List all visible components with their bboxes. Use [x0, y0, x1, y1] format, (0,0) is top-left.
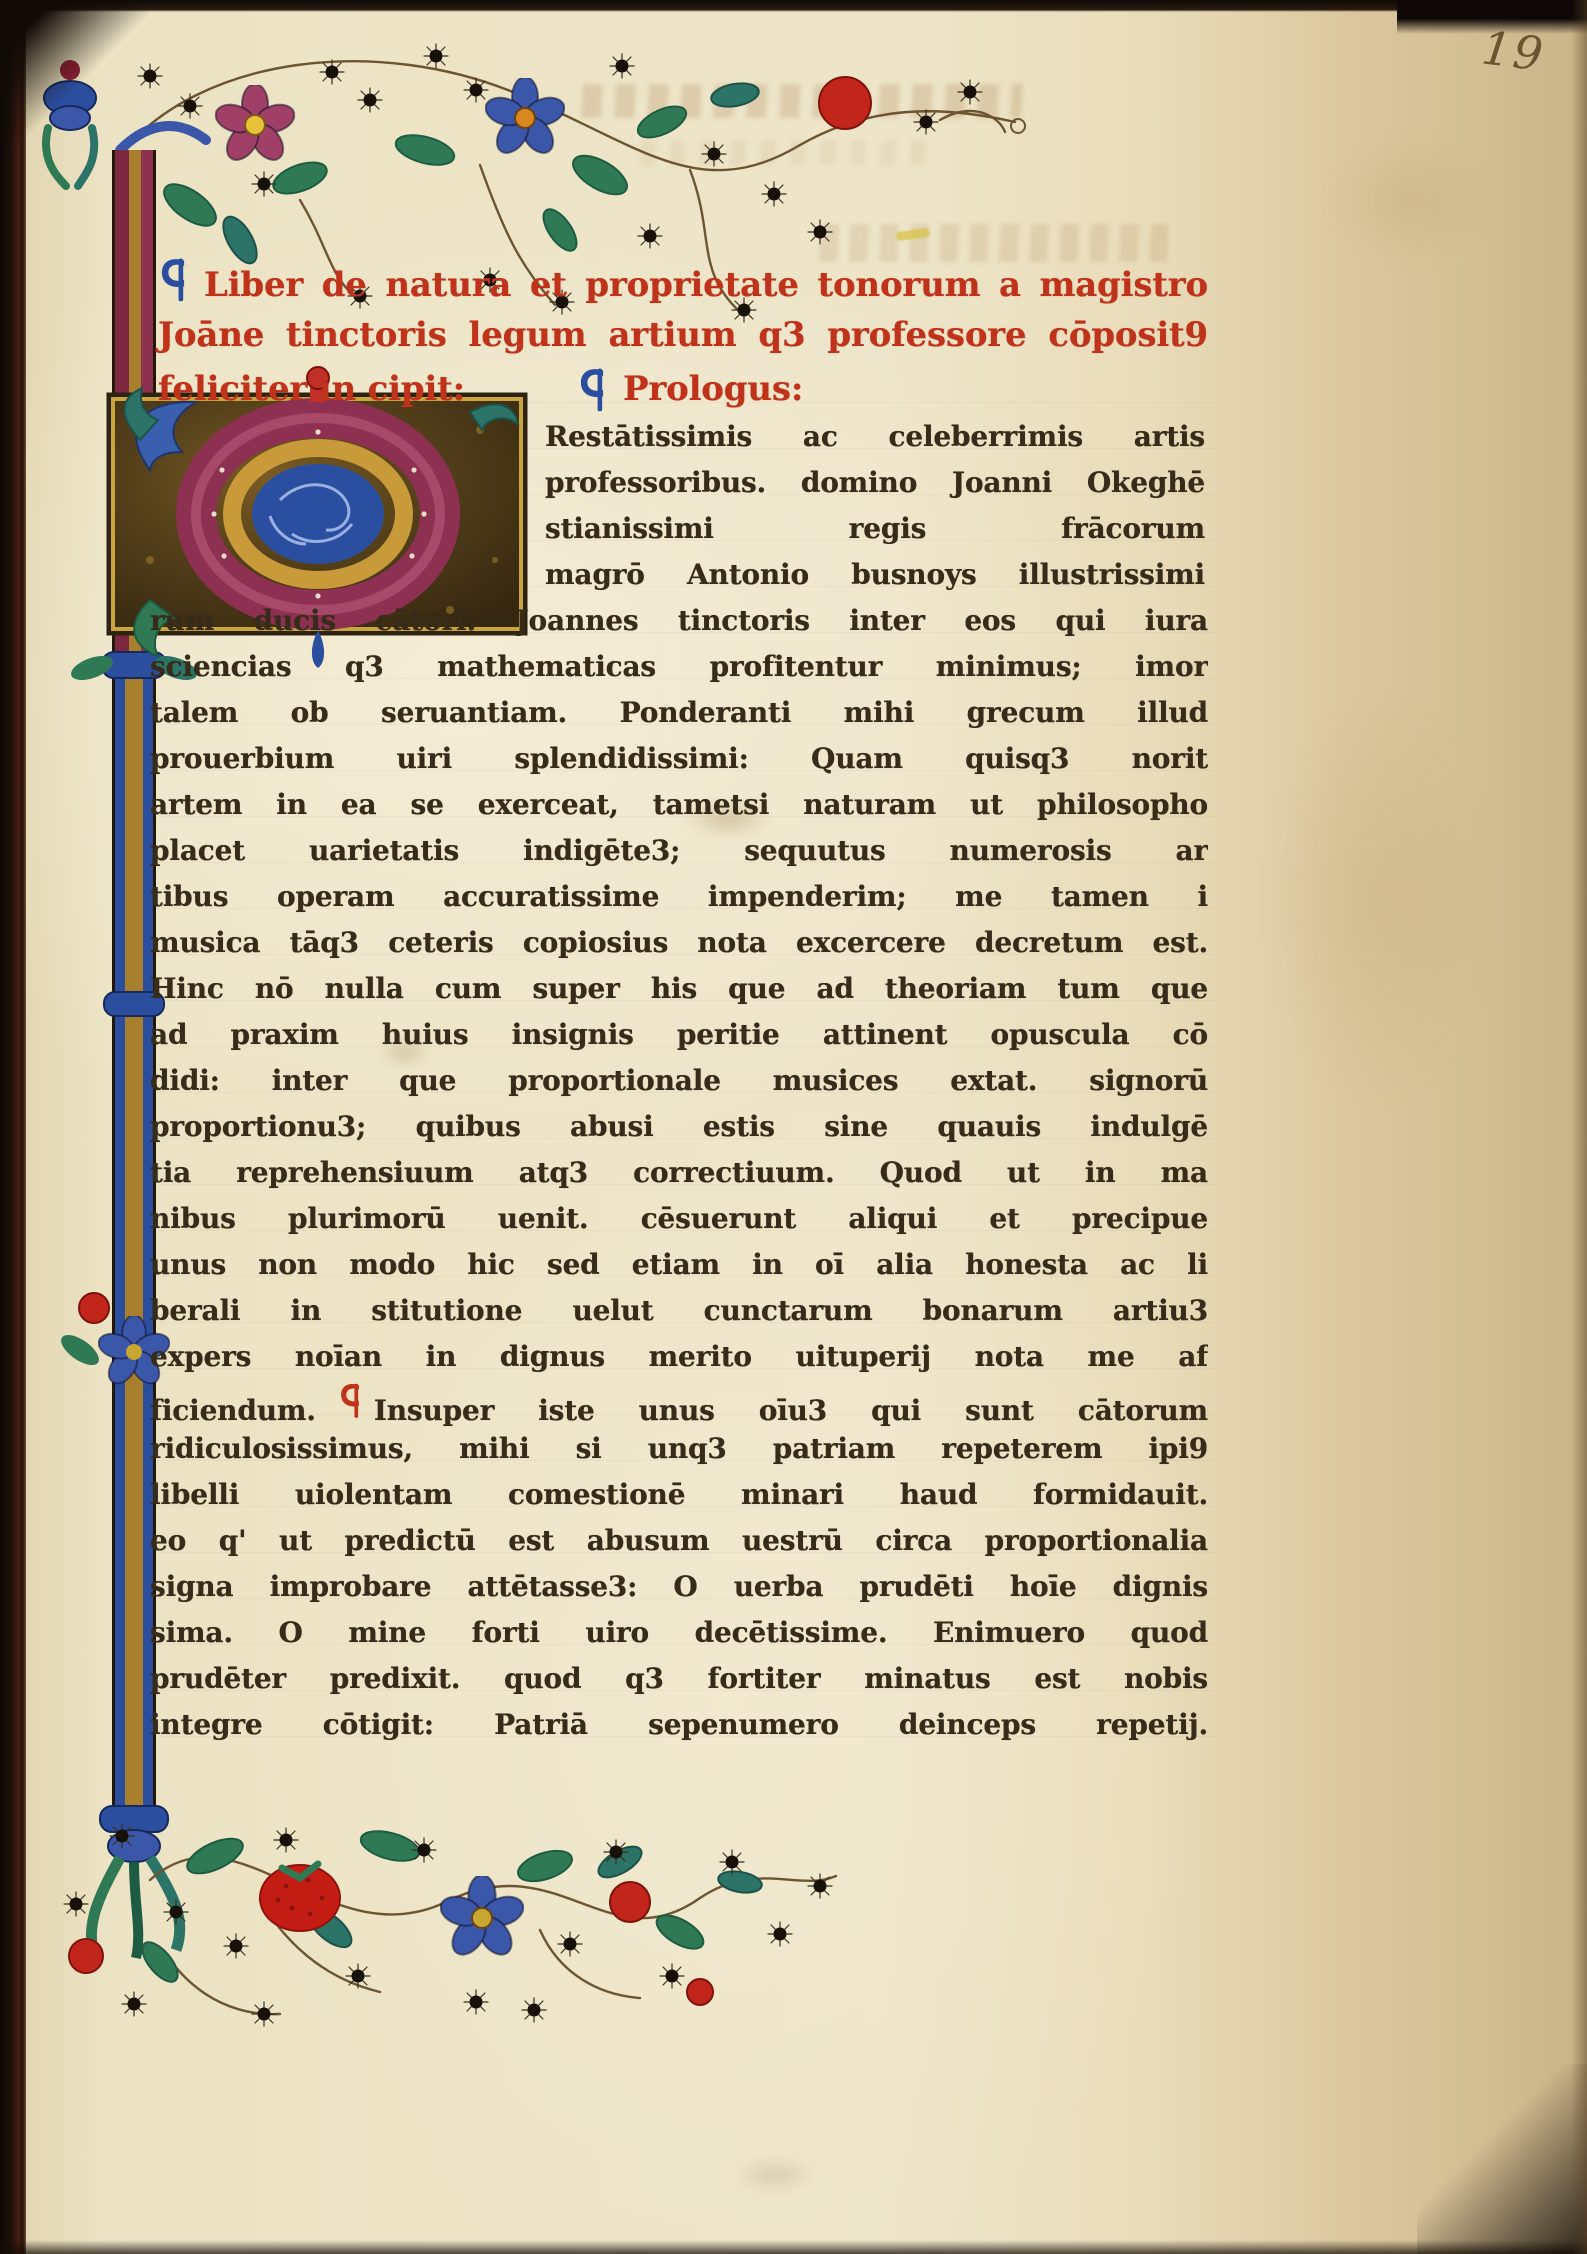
- text-line: sima. O mine forti uiro decētissime. Eni…: [150, 1610, 1208, 1656]
- text-line: unus non modo hic sed etiam in oī alia h…: [150, 1242, 1208, 1288]
- text-line: prudēter predixit. quod q3 fortiter mina…: [150, 1656, 1208, 1702]
- rubric-line-3: feliciter in cipit: Prologus:: [158, 362, 1208, 416]
- text-line: expers noīan in dignus merito uituperij …: [150, 1334, 1208, 1380]
- page-edge-right: [1571, 0, 1587, 2254]
- text-line: tibus operam accuratissime impenderim; m…: [150, 874, 1208, 920]
- text-line: ad praxim huius insignis peritie attinen…: [150, 1012, 1208, 1058]
- text-line: prouerbium uiri splendidissimi: Quam qui…: [150, 736, 1208, 782]
- text-line: Restātissimis ac celeberrimis artis musi…: [545, 414, 1205, 460]
- capitulum-icon: [338, 1380, 362, 1420]
- text-line: tia reprehensiuum atq3 correctiuum. Quod…: [150, 1150, 1208, 1196]
- text-line: rum ducis cātori. Joannes tinctoris inte…: [150, 598, 1208, 644]
- text-line: berali in stitutione uelut cunctarum bon…: [150, 1288, 1208, 1334]
- text-line: placet uarietatis indigēte3; sequutus nu…: [150, 828, 1208, 874]
- text-line: libelli uiolentam comestionē minari haud…: [150, 1472, 1208, 1518]
- capitulum-icon: [577, 364, 607, 414]
- text-line: signa improbare attētasse3: O uerba prud…: [150, 1564, 1208, 1610]
- text-line: magrō Antonio busnoys illustrissimi burg…: [545, 552, 1205, 598]
- rubric-incipit: Liber de natura et proprietate tonorum a…: [158, 254, 1208, 416]
- book-edge-top: [0, 0, 1587, 12]
- text-line: integre cōtigit: Patriā sepenumero deinc…: [150, 1702, 1208, 1748]
- text-line: Hinc nō nulla cum super his que ad theor…: [150, 966, 1208, 1012]
- text-line: professoribus. domino Joanni Okeghē chri: [545, 460, 1205, 506]
- book-corner-top-left: [0, 0, 150, 150]
- prologue-lines-beside-initial: Restātissimis ac celeberrimis artis musi…: [545, 414, 1205, 598]
- text-line: sciencias q3 mathematicas profitentur mi…: [150, 644, 1208, 690]
- prologue-lines-tail: ridiculosissimus, mihi si unq3 patriam r…: [150, 1426, 1208, 1748]
- book-edge-top-right: [1397, 0, 1587, 34]
- rubric-line-2: Joāne tinctoris legum artium q3 professo…: [158, 308, 1208, 362]
- book-edge-left: [0, 0, 26, 2254]
- text-line: stianissimi regis frācorum protocapellan…: [545, 506, 1205, 552]
- manuscript-photo: 19 Liber de natura et proprietate tonoru…: [0, 0, 1587, 2254]
- text-line: talem ob seruantiam. Ponderanti mihi gre…: [150, 690, 1208, 736]
- text-line: proportionu3; quibus abusi estis sine qu…: [150, 1104, 1208, 1150]
- text-line: eo q' ut predictū est abusum uestrū circ…: [150, 1518, 1208, 1564]
- shadow-corner-bottom-right: [1417, 2064, 1587, 2254]
- book-edge-bottom: [0, 2240, 1587, 2254]
- prologue-line-with-pilcrow: ficiendum. Insuper iste unus oīu3 qui su…: [150, 1380, 1208, 1426]
- capitulum-icon: [158, 254, 188, 304]
- rubric-line-1: Liber de natura et proprietate tonorum a…: [158, 254, 1208, 308]
- text-line: didi: inter que proportionale musices ex…: [150, 1058, 1208, 1104]
- prologue-lines: rum ducis cātori. Joannes tinctoris inte…: [150, 598, 1208, 1380]
- text-line: nibus plurimorū uenit. cēsuerunt aliqui …: [150, 1196, 1208, 1242]
- text-line: artem in ea se exerceat, tametsi naturam…: [150, 782, 1208, 828]
- text-line: ridiculosissimus, mihi si unq3 patriam r…: [150, 1426, 1208, 1472]
- text-line: musica tāq3 ceteris copiosius nota excer…: [150, 920, 1208, 966]
